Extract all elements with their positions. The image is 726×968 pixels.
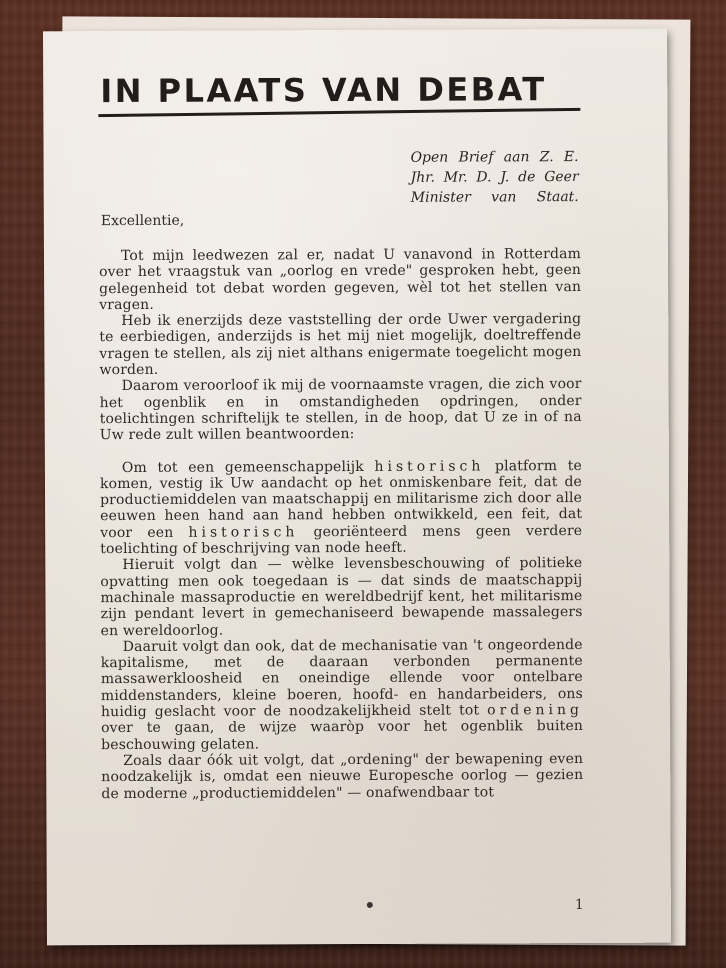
addressee-line: Minister van Staat. — [411, 187, 579, 208]
paragraph: Zoals daar óók uit volgt, dat „ordening"… — [101, 751, 583, 802]
emphasized-word: historisch — [374, 458, 484, 474]
addressee-block: Open Brief aan Z. E. Jhr. Mr. D. J. de G… — [411, 147, 581, 208]
addressee-line: Jhr. Mr. D. J. de Geer — [411, 167, 579, 188]
addressee-line: Open Brief aan Z. E. — [411, 147, 579, 168]
letter-body: Tot mijn leedwezen zal er, nadat U vanav… — [99, 246, 583, 802]
staple-hole — [367, 902, 373, 908]
page-number: 1 — [575, 897, 584, 913]
emphasized-word: historisch — [188, 524, 298, 540]
paragraph: Heb ik enerzijds deze vaststelling der o… — [99, 311, 581, 378]
salutation: Excellentie, — [101, 209, 581, 231]
paragraph-text: over te gaan, de wijze waaròp voor het o… — [101, 718, 583, 752]
paragraph-text: Om tot een gemeenschappelijk — [122, 458, 375, 475]
document-title: IN PLAATS VAN DEBAT — [98, 69, 580, 111]
paragraph: Hieruit volgt dan — wèlke levensbeschouw… — [100, 555, 582, 639]
paragraph: Daaruit volgt dan ook, dat de mechanisat… — [101, 637, 583, 753]
page-content: IN PLAATS VAN DEBAT Open Brief aan Z. E.… — [98, 69, 583, 802]
paragraph: Daarom veroorloof ik mij de voornaamste … — [100, 376, 582, 443]
paragraph: Om tot een gemeenschappelijk historisch … — [100, 458, 582, 558]
paragraph: Tot mijn leedwezen zal er, nadat U vanav… — [99, 246, 581, 313]
emphasized-word: ordening — [487, 702, 583, 718]
document-page: IN PLAATS VAN DEBAT Open Brief aan Z. E.… — [43, 29, 671, 946]
